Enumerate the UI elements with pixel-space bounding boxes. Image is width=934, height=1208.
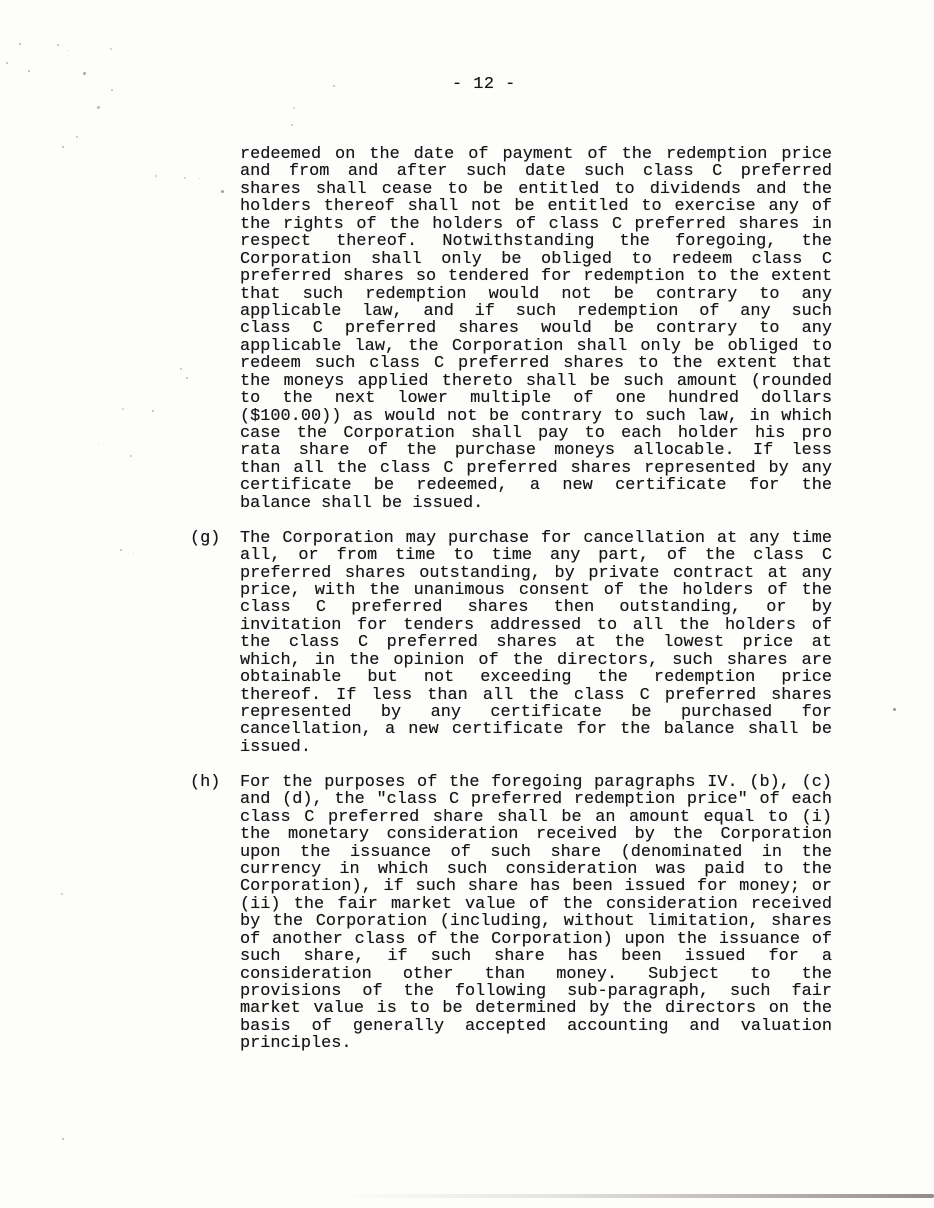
- scan-speck: [61, 893, 63, 895]
- document-body: redeemed on the date of payment of the r…: [190, 146, 832, 1070]
- text-line: by the Corporation (including, without l…: [240, 913, 832, 930]
- scan-speck: [98, 443, 99, 444]
- text-line: the monetary consideration received by t…: [240, 826, 832, 843]
- paragraph-label: (h): [190, 774, 240, 1053]
- scan-speck: [111, 89, 113, 91]
- text-line: redeem such class C preferred shares to …: [240, 355, 832, 372]
- text-line: The Corporation may purchase for cancell…: [240, 530, 832, 547]
- scan-speck: [893, 708, 896, 711]
- text-line: and (d), the "class C preferred redempti…: [240, 791, 832, 808]
- text-line: balance shall be issued.: [240, 495, 832, 512]
- text-line: certificate be redeemed, a new certifica…: [240, 477, 832, 494]
- scan-speck: [291, 124, 293, 126]
- text-line: case the Corporation shall pay to each h…: [240, 425, 832, 442]
- text-line: principles.: [240, 1035, 832, 1052]
- text-line: preferred shares outstanding, by private…: [240, 565, 832, 582]
- scan-speck: [120, 549, 122, 551]
- scan-speck: [62, 146, 64, 148]
- scan-speck: [28, 70, 30, 72]
- text-line: and from and after such date such class …: [240, 163, 832, 180]
- paragraph-lines: redeemed on the date of payment of the r…: [240, 146, 832, 512]
- text-line: price, with the unanimous consent of the…: [240, 582, 832, 599]
- text-line: For the purposes of the foregoing paragr…: [240, 774, 832, 791]
- text-line: class C preferred shares would be contra…: [240, 320, 832, 337]
- text-line: which, in the opinion of the directors, …: [240, 652, 832, 669]
- paragraph: (g)The Corporation may purchase for canc…: [190, 530, 832, 757]
- text-line: the moneys applied thereto shall be such…: [240, 373, 832, 390]
- scanned-document-page: - 12 - redeemed on the date of payment o…: [0, 0, 934, 1208]
- scan-speck: [62, 1138, 64, 1140]
- text-line: rata share of the purchase moneys alloca…: [240, 442, 832, 459]
- scan-edge-artifact: [340, 1194, 934, 1198]
- page-number: - 12 -: [452, 76, 516, 94]
- text-line: obtainable but not exceeding the redempt…: [240, 669, 832, 686]
- text-line: issued.: [240, 739, 832, 756]
- text-line: Corporation), if such share has been iss…: [240, 878, 832, 895]
- text-line: the class C preferred shares at the lowe…: [240, 634, 832, 651]
- paragraph-lines: For the purposes of the foregoing paragr…: [240, 774, 832, 1053]
- scan-speck: [57, 44, 59, 46]
- scan-speck: [68, 50, 69, 51]
- text-line: holders thereof shall not be entitled to…: [240, 198, 832, 215]
- paragraph-label: (g): [190, 530, 240, 757]
- scan-speck: [186, 377, 188, 379]
- text-line: currency in which such consideration was…: [240, 861, 832, 878]
- scan-speck: [333, 85, 335, 87]
- text-line: applicable law, and if such redemption o…: [240, 303, 832, 320]
- scan-speck: [133, 553, 134, 554]
- text-line: such share, if such share has been issue…: [240, 948, 832, 965]
- text-line: applicable law, the Corporation shall on…: [240, 338, 832, 355]
- scan-speck: [110, 48, 112, 50]
- text-line: Corporation shall only be obliged to red…: [240, 251, 832, 268]
- scan-speck: [152, 410, 154, 412]
- paragraph-label: [190, 146, 240, 512]
- text-line: consideration other than money. Subject …: [240, 966, 832, 983]
- text-line: of another class of the Corporation) upo…: [240, 931, 832, 948]
- text-line: invitation for tenders addressed to all …: [240, 617, 832, 634]
- text-line: the rights of the holders of class C pre…: [240, 216, 832, 233]
- text-line: redeemed on the date of payment of the r…: [240, 146, 832, 163]
- text-line: upon the issuance of such share (denomin…: [240, 844, 832, 861]
- scan-speck: [83, 72, 86, 75]
- scan-speck: [6, 62, 8, 64]
- text-line: cancellation, a new certificate for the …: [240, 721, 832, 738]
- text-line: shares shall cease to be entitled to div…: [240, 181, 832, 198]
- text-line: provisions of the following sub-paragrap…: [240, 983, 832, 1000]
- scan-speck: [184, 177, 186, 179]
- text-line: that such redemption would not be contra…: [240, 286, 832, 303]
- text-line: market value is to be determined by the …: [240, 1000, 832, 1017]
- scan-speck: [122, 408, 124, 410]
- text-line: (ii) the fair market value of the consid…: [240, 896, 832, 913]
- text-line: than all the class C preferred shares re…: [240, 460, 832, 477]
- text-line: represented by any certificate be purcha…: [240, 704, 832, 721]
- text-line: class C preferred share shall be an amou…: [240, 809, 832, 826]
- paragraph-lines: The Corporation may purchase for cancell…: [240, 530, 832, 757]
- scan-speck: [180, 368, 182, 370]
- text-line: to the next lower multiple of one hundre…: [240, 390, 832, 407]
- text-line: basis of generally accepted accounting a…: [240, 1018, 832, 1035]
- text-line: thereof. If less than all the class C pr…: [240, 687, 832, 704]
- scan-speck: [76, 136, 78, 138]
- scan-speck: [155, 175, 157, 177]
- paragraph: (h)For the purposes of the foregoing par…: [190, 774, 832, 1053]
- text-line: all, or from time to time any part, of t…: [240, 547, 832, 564]
- text-line: class C preferred shares then outstandin…: [240, 599, 832, 616]
- scan-speck: [130, 455, 132, 457]
- scan-speck: [97, 106, 100, 109]
- text-line: preferred shares so tendered for redempt…: [240, 268, 832, 285]
- scan-speck: [19, 43, 21, 45]
- text-line: respect thereof. Notwithstanding the for…: [240, 233, 832, 250]
- scan-speck: [293, 107, 295, 109]
- paragraph: redeemed on the date of payment of the r…: [190, 146, 832, 512]
- text-line: ($100.00)) as would not be contrary to s…: [240, 408, 832, 425]
